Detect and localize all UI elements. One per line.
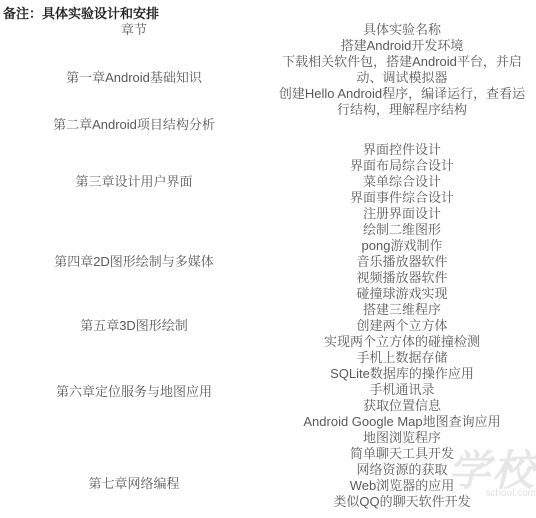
experiment-list: 手机上数据存储 SQLite数据库的操作应用 手机通讯录 获取位置信息 Andr…	[268, 350, 536, 446]
chapter-label: 第三章设计用户界面	[0, 142, 268, 222]
experiment-item: 手机上数据存储	[273, 350, 531, 366]
experiment-item: 界面控件设计	[273, 142, 531, 158]
experiment-list: 绘制二维图形 pong游戏制作 音乐播放器软件 视频播放器软件 碰撞球游戏实现	[268, 222, 536, 302]
column-header-chapter: 章节	[0, 22, 268, 38]
table-row-chapter4: 第四章2D图形绘制与多媒体 绘制二维图形 pong游戏制作 音乐播放器软件 视频…	[0, 222, 536, 302]
experiment-item: 简单聊天工具开发	[273, 446, 531, 462]
page-title: 备注：具体实验设计和安排	[0, 6, 536, 22]
experiment-item: pong游戏制作	[273, 238, 531, 254]
chapter-label: 第四章2D图形绘制与多媒体	[0, 222, 268, 302]
table-row-chapter3: 第三章设计用户界面 界面控件设计 界面布局综合设计 菜单综合设计 界面事件综合设…	[0, 142, 536, 222]
table-row-chapter5: 第五章3D图形绘制 搭建三维程序 创建两个立方体 实现两个立方体的碰撞检测	[0, 302, 536, 350]
experiment-list: 简单聊天工具开发 网络资源的获取 Web浏览器的应用 类似QQ的聊天软件开发	[268, 446, 536, 510]
experiment-item: 下载相关软件包，搭建Android平台，并启动、调试模拟器	[273, 54, 531, 86]
table-row-chapter7: 第七章网络编程 简单聊天工具开发 网络资源的获取 Web浏览器的应用 类似QQ的…	[0, 446, 536, 510]
document-page: 备注：具体实验设计和安排 章节 具体实验名称 第一章Android基础知识 搭建…	[0, 0, 536, 518]
chapter-label: 第一章Android基础知识	[0, 38, 268, 118]
chapter-label: 第六章定位服务与地图应用	[0, 350, 268, 446]
experiment-list: 搭建三维程序 创建两个立方体 实现两个立方体的碰撞检测	[268, 302, 536, 350]
experiment-item: 碰撞球游戏实现	[273, 286, 531, 302]
table-row-chapter1: 第一章Android基础知识 搭建Android开发环境 下载相关软件包，搭建A…	[0, 38, 536, 118]
experiment-list: 界面控件设计 界面布局综合设计 菜单综合设计 界面事件综合设计 注册界面设计	[268, 142, 536, 222]
experiment-item: 网络资源的获取	[273, 462, 531, 478]
experiment-item: 绘制二维图形	[273, 222, 531, 238]
experiment-item: 类似QQ的聊天软件开发	[273, 494, 531, 510]
experiment-item: SQLite数据库的操作应用	[273, 366, 531, 382]
experiment-item: 创建Hello Android程序，编译运行，查看运行结构，理解程序结构	[273, 86, 531, 118]
experiment-item: 获取位置信息	[273, 398, 531, 414]
chapter-label: 第五章3D图形绘制	[0, 302, 268, 350]
table-row-chapter6: 第六章定位服务与地图应用 手机上数据存储 SQLite数据库的操作应用 手机通讯…	[0, 350, 536, 446]
experiment-item: 手机通讯录	[273, 382, 531, 398]
column-header-experiment: 具体实验名称	[268, 22, 536, 38]
table-header-row: 章节 具体实验名称	[0, 22, 536, 38]
experiment-item: 视频播放器软件	[273, 270, 531, 286]
experiment-item: 创建两个立方体	[273, 318, 531, 334]
experiment-item: Web浏览器的应用	[273, 478, 531, 494]
experiment-item: 界面布局综合设计	[273, 158, 531, 174]
experiment-item: Android Google Map地图查询应用	[273, 414, 531, 430]
experiment-item: 地图浏览程序	[273, 430, 531, 446]
experiment-item: 注册界面设计	[273, 206, 531, 222]
experiment-list	[268, 118, 536, 142]
experiment-item: 搭建Android开发环境	[273, 38, 531, 54]
experiment-list: 搭建Android开发环境 下载相关软件包，搭建Android平台，并启动、调试…	[268, 38, 536, 118]
experiment-item: 搭建三维程序	[273, 302, 531, 318]
chapter-label: 第七章网络编程	[0, 446, 268, 510]
experiment-item: 界面事件综合设计	[273, 190, 531, 206]
experiment-item: 音乐播放器软件	[273, 254, 531, 270]
table-row-chapter2: 第二章Android项目结构分析	[0, 118, 536, 142]
experiment-item: 菜单综合设计	[273, 174, 531, 190]
chapter-label: 第二章Android项目结构分析	[0, 118, 268, 142]
experiment-item: 实现两个立方体的碰撞检测	[273, 334, 531, 350]
